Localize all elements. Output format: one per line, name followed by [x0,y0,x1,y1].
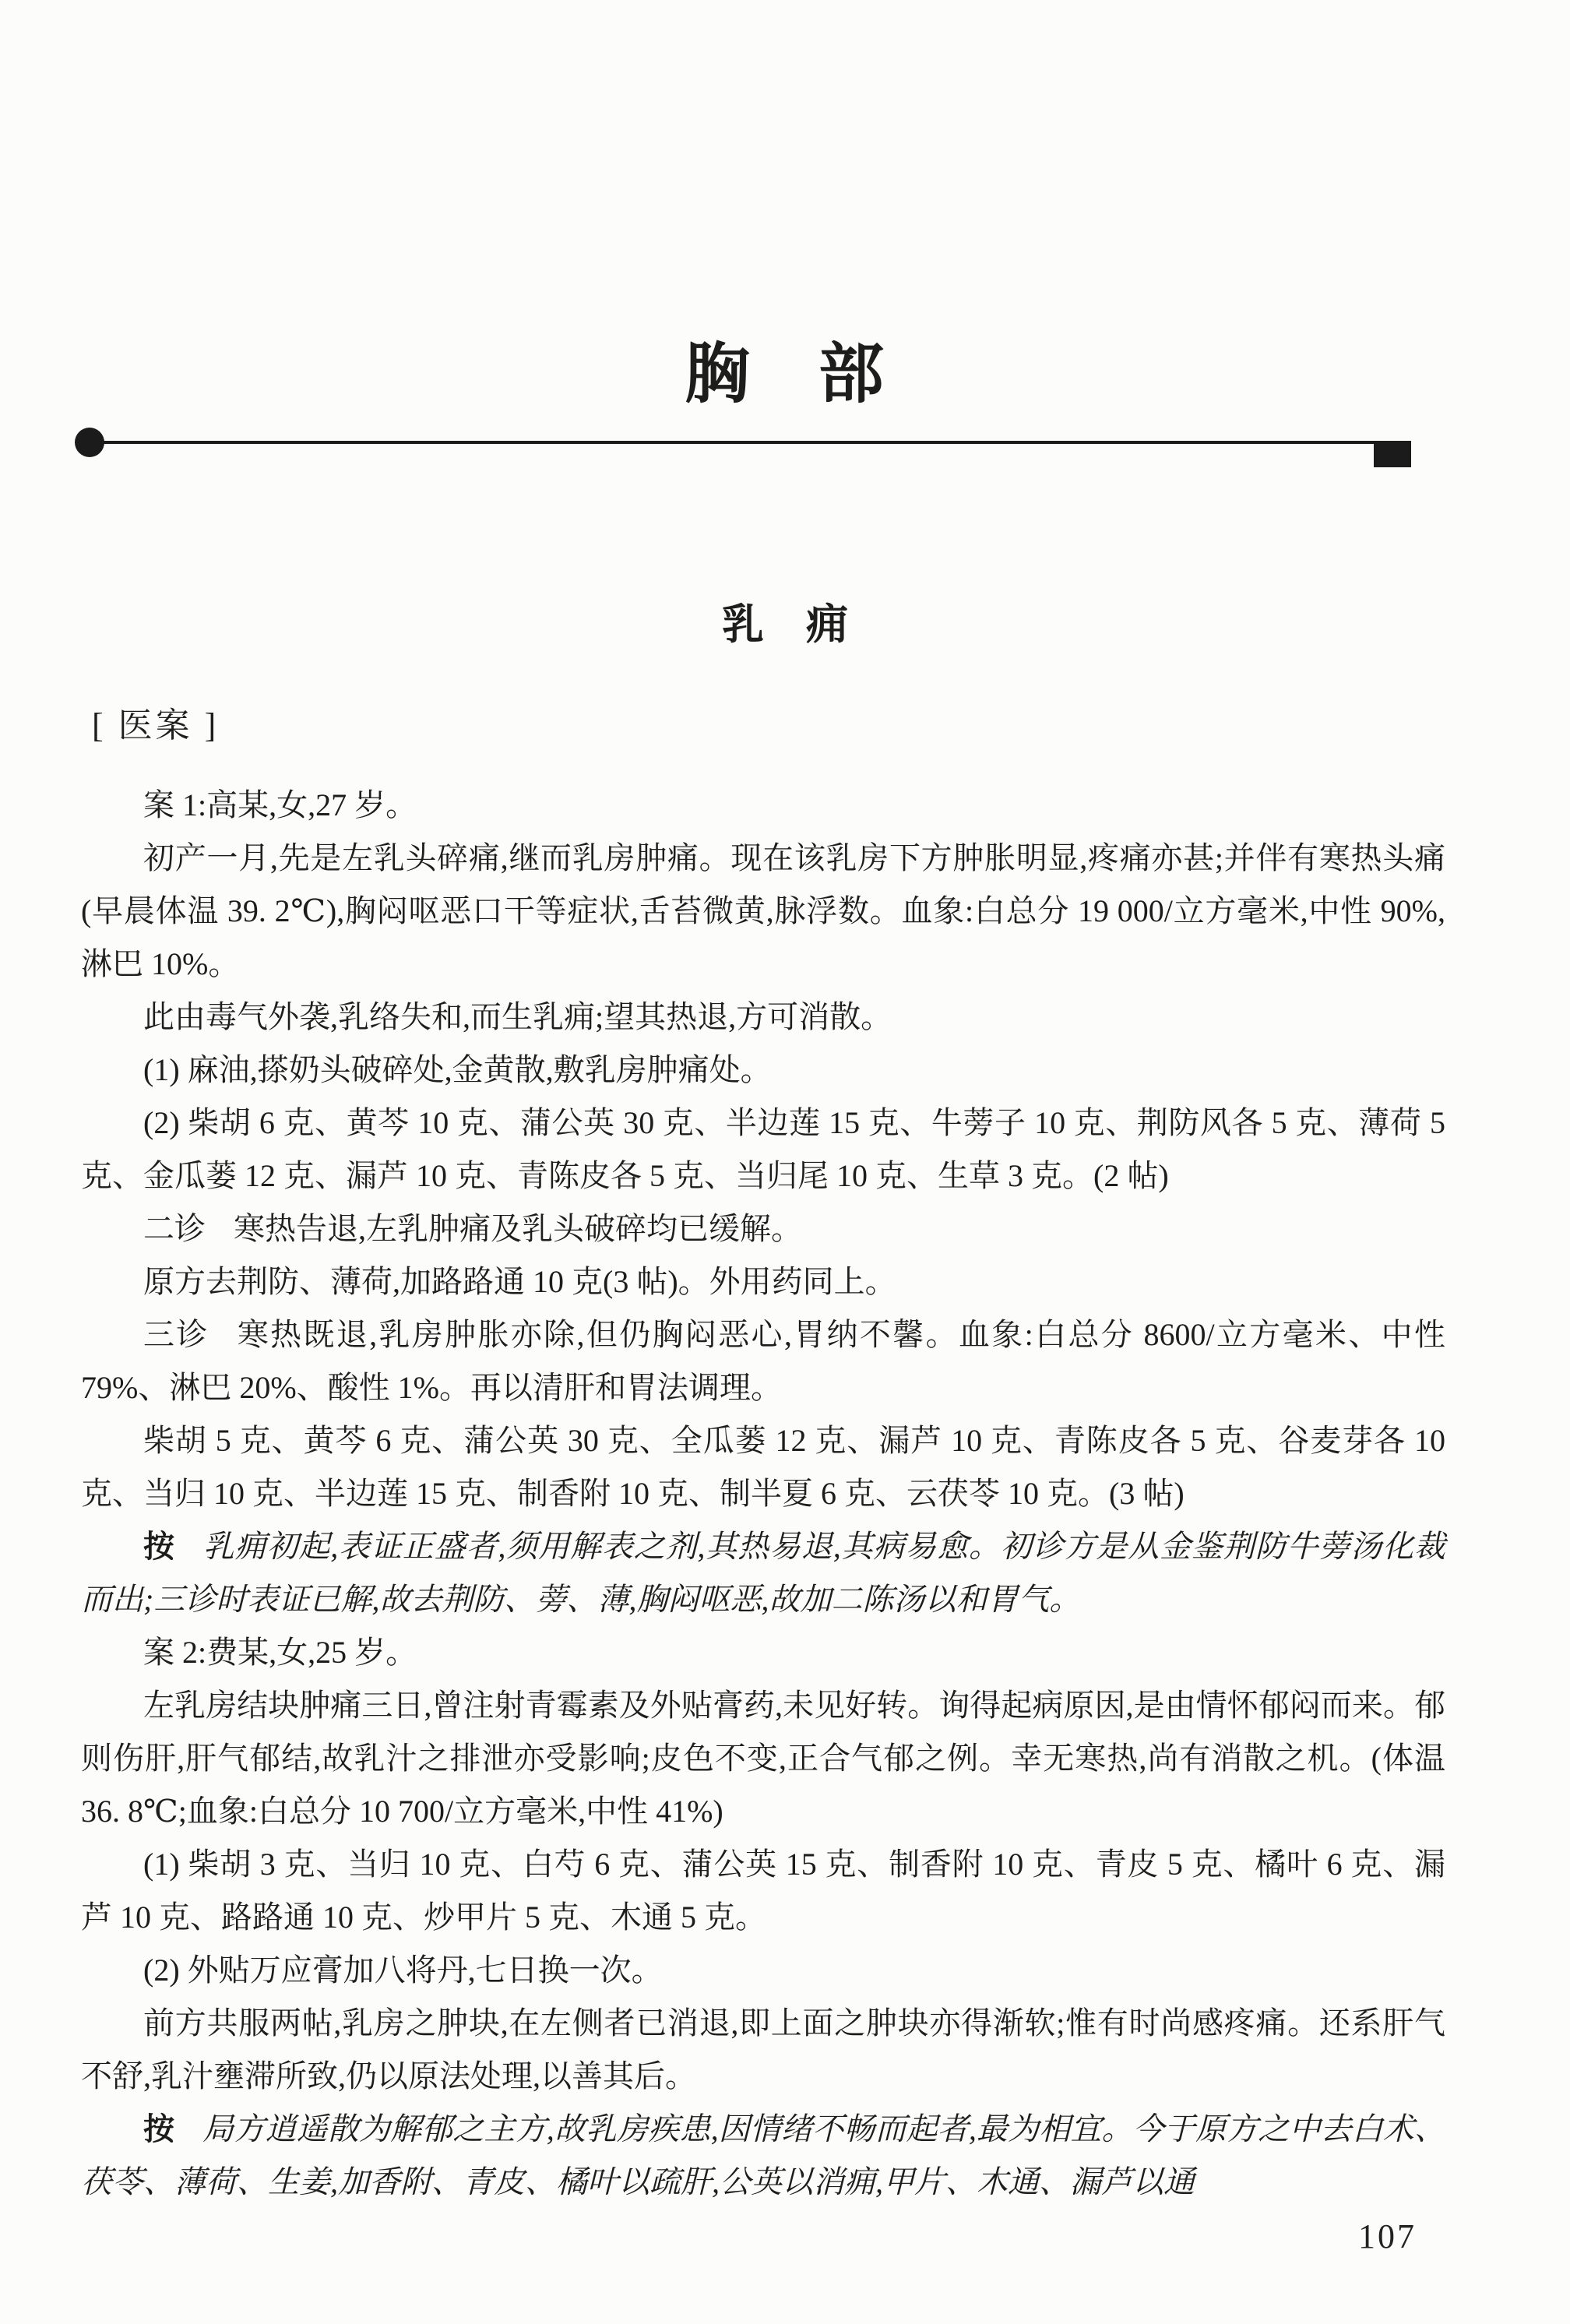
divider-square-icon [1374,441,1411,467]
case-text: 案 1:高某,女,27 岁。初产一月,先是左乳头碎痛,继而乳房肿痛。现在该乳房下… [81,779,1445,2209]
paragraph-text: 案 2:费某,女,25 岁。 [143,1635,417,1670]
paragraph: 按乳痈初起,表证正盛者,须用解表之剂,其热易退,其病易愈。初诊方是从金鉴荆防牛蒡… [81,1520,1445,1626]
paragraph: 原方去荆防、薄荷,加路路通 10 克(3 帖)。外用药同上。 [81,1255,1445,1308]
paragraph: (2) 柴胡 6 克、黄芩 10 克、蒲公英 30 克、半边莲 15 克、牛蒡子… [81,1097,1445,1202]
paragraph-text: (1) 柴胡 3 克、当归 10 克、白芍 6 克、蒲公英 15 克、制香附 1… [81,1847,1445,1935]
paragraph-label: 二诊 [143,1211,206,1246]
paragraph: 左乳房结块肿痛三日,曾注射青霉素及外贴膏药,未见好转。询得起病原因,是由情怀郁闷… [81,1679,1445,1838]
paragraph: 按局方逍遥散为解郁之主方,故乳房疾患,因情绪不畅而起者,最为相宜。今于原方之中去… [81,2103,1445,2209]
paragraph: 此由毒气外袭,乳络失和,而生乳痈;望其热退,方可消散。 [81,991,1445,1044]
book-page: 胸 部 乳 痈 [ 医案 ] 案 1:高某,女,27 岁。初产一月,先是左乳头碎… [0,0,1570,2324]
paragraph-text: 局方逍遥散为解郁之主方,故乳房疾患,因情绪不畅而起者,最为相宜。今于原方之中去白… [81,2111,1445,2199]
paragraph-label: 按 [143,2111,174,2146]
paragraph-text: 前方共服两帖,乳房之肿块,在左侧者已消退,即上面之肿块亦得渐软;惟有时尚感疼痛。… [81,2005,1445,2093]
paragraph-text: 左乳房结块肿痛三日,曾注射青霉素及外贴膏药,未见好转。询得起病原因,是由情怀郁闷… [81,1688,1445,1829]
divider-rule [92,441,1378,444]
paragraph: 柴胡 5 克、黄芩 6 克、蒲公英 30 克、全瓜蒌 12 克、漏芦 10 克、… [81,1414,1445,1520]
paragraph-text: 此由毒气外袭,乳络失和,而生乳痈;望其热退,方可消散。 [143,999,892,1034]
paragraph: 二诊寒热告退,左乳肿痛及乳头破碎均已缓解。 [81,1202,1445,1255]
paragraph-text: 寒热告退,左乳肿痛及乳头破碎均已缓解。 [234,1211,802,1246]
paragraph: (1) 柴胡 3 克、当归 10 克、白芍 6 克、蒲公英 15 克、制香附 1… [81,1838,1445,1944]
paragraph-text: (2) 柴胡 6 克、黄芩 10 克、蒲公英 30 克、半边莲 15 克、牛蒡子… [81,1105,1445,1193]
paragraph-label: 三诊 [143,1317,209,1352]
section-title: 乳 痈 [0,600,1570,650]
paragraph-text: 原方去荆防、薄荷,加路路通 10 克(3 帖)。外用药同上。 [143,1264,896,1299]
paragraph: 初产一月,先是左乳头碎痛,继而乳房肿痛。现在该乳房下方肿胀明显,疼痛亦甚;并伴有… [81,832,1445,991]
paragraph-label: 按 [143,1529,175,1564]
paragraph-text: 案 1:高某,女,27 岁。 [143,787,417,822]
paragraph-text: 初产一月,先是左乳头碎痛,继而乳房肿痛。现在该乳房下方肿胀明显,疼痛亦甚;并伴有… [81,840,1445,981]
chapter-divider [75,428,1411,459]
paragraph: (2) 外贴万应膏加八将丹,七日换一次。 [81,1944,1445,1997]
paragraph-text: (1) 麻油,搽奶头破碎处,金黄散,敷乳房肿痛处。 [143,1052,772,1087]
paragraph: 前方共服两帖,乳房之肿块,在左侧者已消退,即上面之肿块亦得渐软;惟有时尚感疼痛。… [81,1997,1445,2103]
paragraph: 案 1:高某,女,27 岁。 [81,779,1445,832]
paragraph-text: (2) 外贴万应膏加八将丹,七日换一次。 [143,1953,663,1988]
paragraph-text: 柴胡 5 克、黄芩 6 克、蒲公英 30 克、全瓜蒌 12 克、漏芦 10 克、… [81,1423,1445,1511]
paragraph-text: 乳痈初起,表证正盛者,须用解表之剂,其热易退,其病易愈。初诊方是从金鉴荆防牛蒡汤… [81,1529,1445,1617]
chapter-title: 胸 部 [0,340,1570,411]
paragraph: 案 2:费某,女,25 岁。 [81,1626,1445,1679]
paragraph: 三诊寒热既退,乳房肿胀亦除,但仍胸闷恶心,胃纳不馨。血象:白总分 8600/立方… [81,1308,1445,1414]
paragraph: (1) 麻油,搽奶头破碎处,金黄散,敷乳房肿痛处。 [81,1044,1445,1097]
case-records-label: [ 医案 ] [92,706,219,747]
paragraph-text: 寒热既退,乳房肿胀亦除,但仍胸闷恶心,胃纳不馨。血象:白总分 8600/立方毫米… [81,1317,1445,1405]
page-number: 107 [1358,2217,1417,2256]
